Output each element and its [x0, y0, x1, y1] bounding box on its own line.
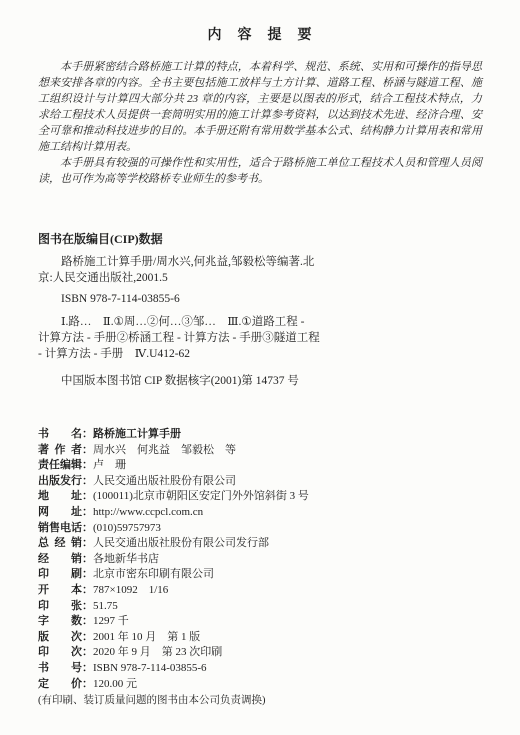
colophon-list: 书名：路桥施工计算手册 著作者：周水兴 何兆益 邹毅松 等 责任编辑：卢 珊 出…: [38, 427, 482, 692]
colophon-row: 书名：路桥施工计算手册: [38, 427, 482, 443]
colophon-row: 字数：1297 千: [38, 614, 482, 630]
cip-isbn: ISBN 978-7-114-03855-6: [38, 291, 334, 307]
colophon-row: 开本：787×1092 1/16: [38, 583, 482, 599]
copyright-page: 内 容 提 要 本手册紧密结合路桥施工计算的特点，本着科学、规范、系统、实用和可…: [0, 0, 520, 735]
colophon-label: 地址: [38, 489, 82, 505]
cip-class-line-1: Ⅰ.路… Ⅱ.①周…②何…③邹… Ⅲ.①道路工程 -: [38, 314, 334, 330]
colophon-row: 销售电话：(010)59757973: [38, 521, 482, 537]
colophon-colon: ：: [82, 490, 93, 502]
colophon-colon: ：: [82, 600, 93, 612]
colophon-label: 总经销: [38, 536, 82, 552]
colophon-row: 定价：120.00 元: [38, 677, 482, 693]
colophon-row: 出版发行：人民交通出版社股份有限公司: [38, 474, 482, 490]
colophon-label: 经销: [38, 552, 82, 568]
abstract-section: 本手册紧密结合路桥施工计算的特点，本着科学、规范、系统、实用和可操作的指导思想来…: [38, 59, 482, 187]
colophon-label: 书名: [38, 427, 82, 443]
cip-heading: 图书在版编目(CIP)数据: [38, 231, 334, 247]
colophon-row: 经销：各地新华书店: [38, 552, 482, 568]
colophon-colon: ：: [82, 428, 93, 440]
colophon-row: 印次：2020 年 9 月 第 23 次印刷: [38, 645, 482, 661]
colophon-colon: ：: [82, 568, 93, 580]
colophon-row: 地址：(100011)北京市朝阳区安定门外外馆斜街 3 号: [38, 489, 482, 505]
colophon-value: 2001 年 10 月 第 1 版: [93, 631, 200, 643]
colophon-row: 版次：2001 年 10 月 第 1 版: [38, 630, 482, 646]
cip-class-line-2: 计算方法 - 手册②桥涵工程 - 计算方法 - 手册③隧道工程: [38, 330, 334, 346]
colophon-value: 人民交通出版社股份有限公司: [93, 475, 236, 487]
colophon-value: (100011)北京市朝阳区安定门外外馆斜街 3 号: [93, 490, 309, 502]
colophon-colon: ：: [82, 584, 93, 596]
colophon-colon: ：: [82, 522, 93, 534]
colophon-value: 卢 珊: [93, 459, 126, 471]
colophon-label: 著作者: [38, 443, 82, 459]
colophon-note: (有印刷、装订质量问题的图书由本公司负责调换): [38, 693, 482, 708]
colophon-value: 51.75: [93, 600, 118, 612]
colophon-row: 印刷：北京市密东印刷有限公司: [38, 567, 482, 583]
colophon-colon: ：: [82, 646, 93, 658]
colophon-colon: ：: [82, 475, 93, 487]
colophon-label: 印张: [38, 599, 82, 615]
colophon-value: ISBN 978-7-114-03855-6: [93, 662, 207, 674]
colophon-label: 责任编辑: [38, 458, 82, 474]
colophon-row: 责任编辑：卢 珊: [38, 458, 482, 474]
colophon-colon: ：: [82, 553, 93, 565]
colophon-row: 书号：ISBN 978-7-114-03855-6: [38, 661, 482, 677]
cip-class-line-3: - 计算方法 - 手册 Ⅳ.U412-62: [38, 346, 334, 362]
cip-classification: Ⅰ.路… Ⅱ.①周…②何…③邹… Ⅲ.①道路工程 - 计算方法 - 手册②桥涵工…: [38, 314, 334, 362]
cip-bib-line-2: 京:人民交通出版社,2001.5: [38, 270, 334, 286]
colophon-colon: ：: [82, 662, 93, 674]
colophon-row: 著作者：周水兴 何兆益 邹毅松 等: [38, 443, 482, 459]
colophon-value: 人民交通出版社股份有限公司发行部: [93, 537, 269, 549]
colophon-row: 网址：http://www.ccpcl.com.cn: [38, 505, 482, 521]
colophon-colon: ：: [82, 444, 93, 456]
colophon-value: 1297 千: [93, 615, 129, 627]
colophon-label: 出版发行: [38, 474, 82, 490]
colophon-label: 定价: [38, 677, 82, 693]
colophon-value: http://www.ccpcl.com.cn: [93, 506, 203, 518]
colophon-value: 120.00 元: [93, 678, 137, 690]
colophon-label: 网址: [38, 505, 82, 521]
abstract-title: 内 容 提 要: [38, 24, 482, 44]
colophon-label: 字数: [38, 614, 82, 630]
colophon-colon: ：: [82, 537, 93, 549]
colophon-label: 开本: [38, 583, 82, 599]
colophon-label: 销售电话: [38, 521, 82, 537]
abstract-paragraph-2: 本手册具有较强的可操作性和实用性，适合于路桥施工单位工程技术人员和管理人员阅读，…: [38, 155, 482, 187]
colophon-colon: ：: [82, 678, 93, 690]
colophon-value: 北京市密东印刷有限公司: [93, 568, 214, 580]
abstract-paragraph-1: 本手册紧密结合路桥施工计算的特点，本着科学、规范、系统、实用和可操作的指导思想来…: [38, 59, 482, 155]
cip-record-number: 中国版本图书馆 CIP 数据核字(2001)第 14737 号: [38, 373, 334, 389]
colophon-colon: ：: [82, 631, 93, 643]
colophon-value: 各地新华书店: [93, 553, 159, 565]
colophon-value: 路桥施工计算手册: [93, 428, 181, 440]
colophon-label: 版次: [38, 630, 82, 646]
colophon-value: 2020 年 9 月 第 23 次印刷: [93, 646, 222, 658]
colophon-value: 787×1092 1/16: [93, 584, 168, 596]
colophon-label: 书号: [38, 661, 82, 677]
colophon-label: 印次: [38, 645, 82, 661]
colophon-colon: ：: [82, 506, 93, 518]
colophon-row: 印张：51.75: [38, 599, 482, 615]
colophon-value: (010)59757973: [93, 522, 161, 534]
colophon-colon: ：: [82, 615, 93, 627]
cip-bib-line-1: 路桥施工计算手册/周水兴,何兆益,邹毅松等编著.北: [38, 254, 334, 270]
colophon-label: 印刷: [38, 567, 82, 583]
cip-section: 图书在版编目(CIP)数据 路桥施工计算手册/周水兴,何兆益,邹毅松等编著.北 …: [38, 231, 334, 389]
colophon-value: 周水兴 何兆益 邹毅松 等: [93, 444, 236, 456]
colophon-colon: ：: [82, 459, 93, 471]
colophon-row: 总经销：人民交通出版社股份有限公司发行部: [38, 536, 482, 552]
